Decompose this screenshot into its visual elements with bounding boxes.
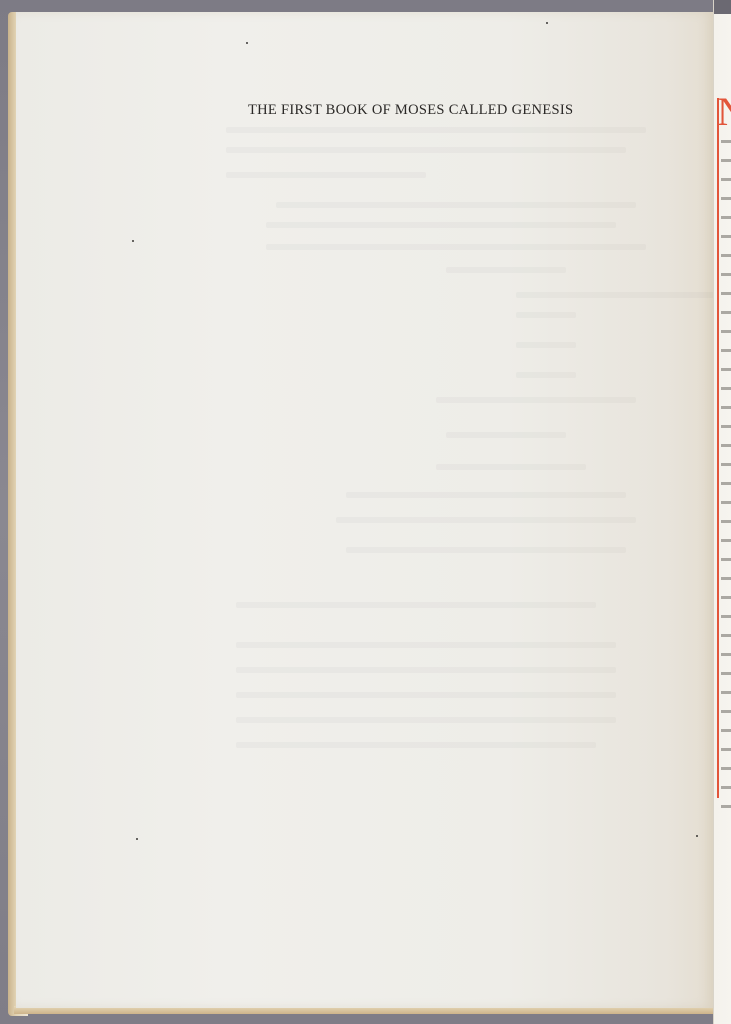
facing-page-shadow — [714, 0, 731, 14]
paper-speck — [546, 22, 548, 24]
decorative-initial: N — [717, 92, 731, 132]
running-title-text: THE FIRST BOOK OF MOSES CALLED GENESIS — [248, 102, 573, 119]
facing-page-text-lines — [721, 140, 731, 824]
paper-speck — [246, 42, 248, 44]
facing-page-sliver: N — [713, 0, 731, 1024]
paper-speck — [136, 838, 138, 840]
paper-speck — [132, 240, 134, 242]
bleed-through-text — [16, 12, 714, 1008]
book-photo: THE FIRST BOOK OF MOSES CALLED GENESIS N — [0, 0, 731, 1024]
red-margin-rule — [717, 98, 719, 798]
book-page: THE FIRST BOOK OF MOSES CALLED GENESIS — [16, 12, 714, 1008]
paper-speck — [696, 835, 698, 837]
